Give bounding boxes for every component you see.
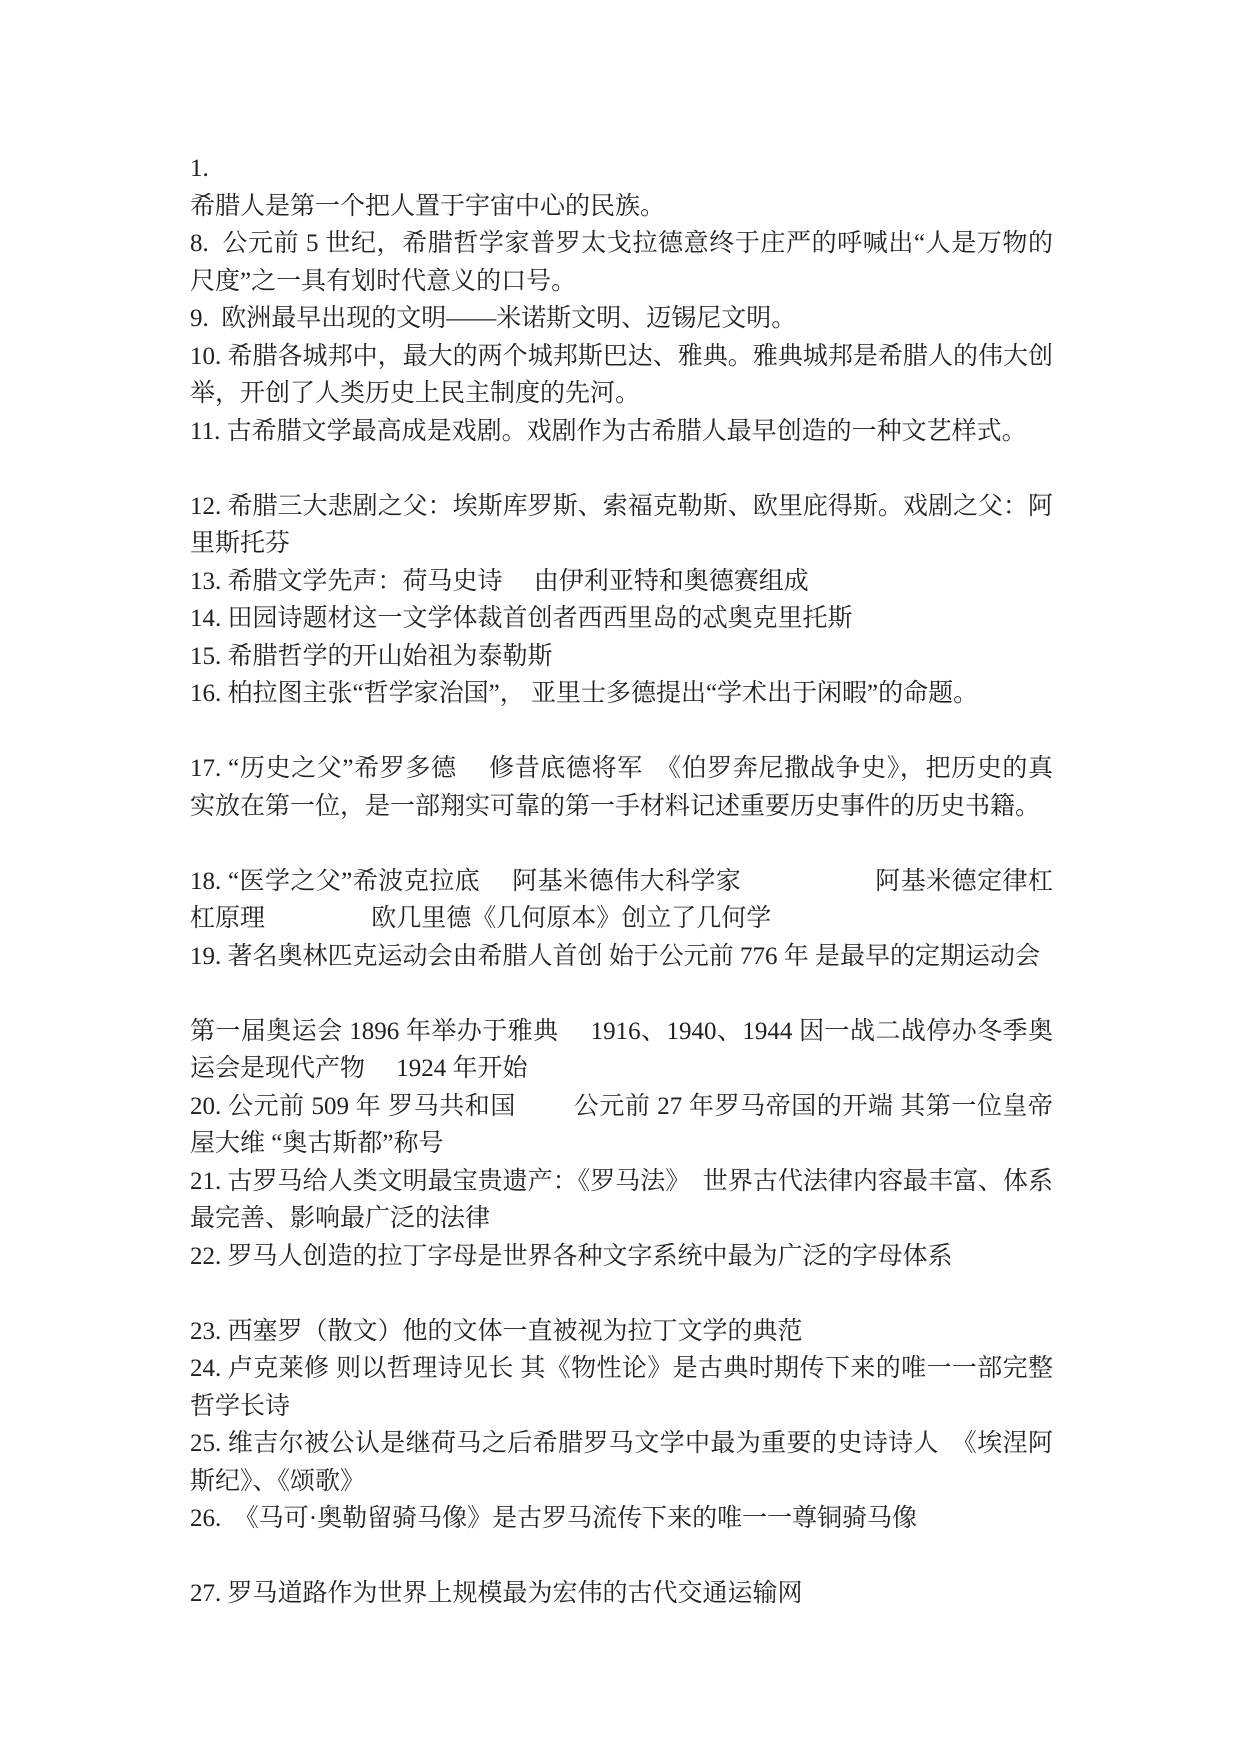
paragraph: 17. “历史之父”希罗多德 修昔底德将军 《伯罗奔尼撒战争史》，把历史的真实放… [190,750,1053,825]
paragraph: 25. 维吉尔被公认是继荷马之后希腊罗马文学中最为重要的史诗诗人 《埃涅阿斯纪》… [190,1425,1053,1500]
paragraph: 16. 柏拉图主张“哲学家治国”， 亚里士多德提出“学术出于闲暇”的命题。 [190,675,1053,713]
paragraph: 13. 希腊文学先声：荷马史诗 由伊利亚特和奥德赛组成 [190,563,1053,601]
blank-line [190,713,1053,751]
document-body: 1.希腊人是第一个把人置于宇宙中心的民族。8. 公元前 5 世纪，希腊哲学家普罗… [190,150,1053,1613]
blank-line [190,450,1053,488]
document-page: 1.希腊人是第一个把人置于宇宙中心的民族。8. 公元前 5 世纪，希腊哲学家普罗… [0,0,1241,1754]
paragraph: 26. 《马可·奥勒留骑马像》是古罗马流传下来的唯一一尊铜骑马像 [190,1500,1053,1538]
paragraph: 21. 古罗马给人类文明最宝贵遗产：《罗马法》 世界古代法律内容最丰富、体系最完… [190,1163,1053,1238]
paragraph: 14. 田园诗题材这一文学体裁首创者西西里岛的忒奥克里托斯 [190,600,1053,638]
paragraph: 23. 西塞罗（散文）他的文体一直被视为拉丁文学的典范 [190,1313,1053,1351]
paragraph: 27. 罗马道路作为世界上规模最为宏伟的古代交通运输网 [190,1575,1053,1613]
paragraph: 9. 欧洲最早出现的文明——米诺斯文明、迈锡尼文明。 [190,300,1053,338]
blank-line [190,975,1053,1013]
paragraph: 1. [190,150,1053,188]
paragraph: 18. “医学之父”希波克拉底 阿基米德伟大科学家 阿基米德定律杠杠原理 欧几里… [190,863,1053,938]
paragraph: 11. 古希腊文学最高成是戏剧。戏剧作为古希腊人最早创造的一种文艺样式。 [190,413,1053,451]
paragraph: 希腊人是第一个把人置于宇宙中心的民族。 [190,188,1053,226]
paragraph: 22. 罗马人创造的拉丁字母是世界各种文字系统中最为广泛的字母体系 [190,1238,1053,1276]
paragraph: 8. 公元前 5 世纪，希腊哲学家普罗太戈拉德意终于庄严的呼喊出“人是万物的尺度… [190,225,1053,300]
blank-line [190,1538,1053,1576]
paragraph: 20. 公元前 509 年 罗马共和国 公元前 27 年罗马帝国的开端 其第一位… [190,1088,1053,1163]
paragraph: 24. 卢克莱修 则以哲理诗见长 其《物性论》是古典时期传下来的唯一一部完整哲学… [190,1350,1053,1425]
blank-line [190,825,1053,863]
blank-line [190,1275,1053,1313]
paragraph: 10. 希腊各城邦中，最大的两个城邦斯巴达、雅典。雅典城邦是希腊人的伟大创举，开… [190,338,1053,413]
paragraph: 19. 著名奥林匹克运动会由希腊人首创 始于公元前 776 年 是最早的定期运动… [190,938,1053,976]
paragraph: 15. 希腊哲学的开山始祖为泰勒斯 [190,638,1053,676]
paragraph: 12. 希腊三大悲剧之父：埃斯库罗斯、索福克勒斯、欧里庇得斯。戏剧之父：阿里斯托… [190,488,1053,563]
paragraph: 第一届奥运会 1896 年举办于雅典 1916、1940、1944 因一战二战停… [190,1013,1053,1088]
